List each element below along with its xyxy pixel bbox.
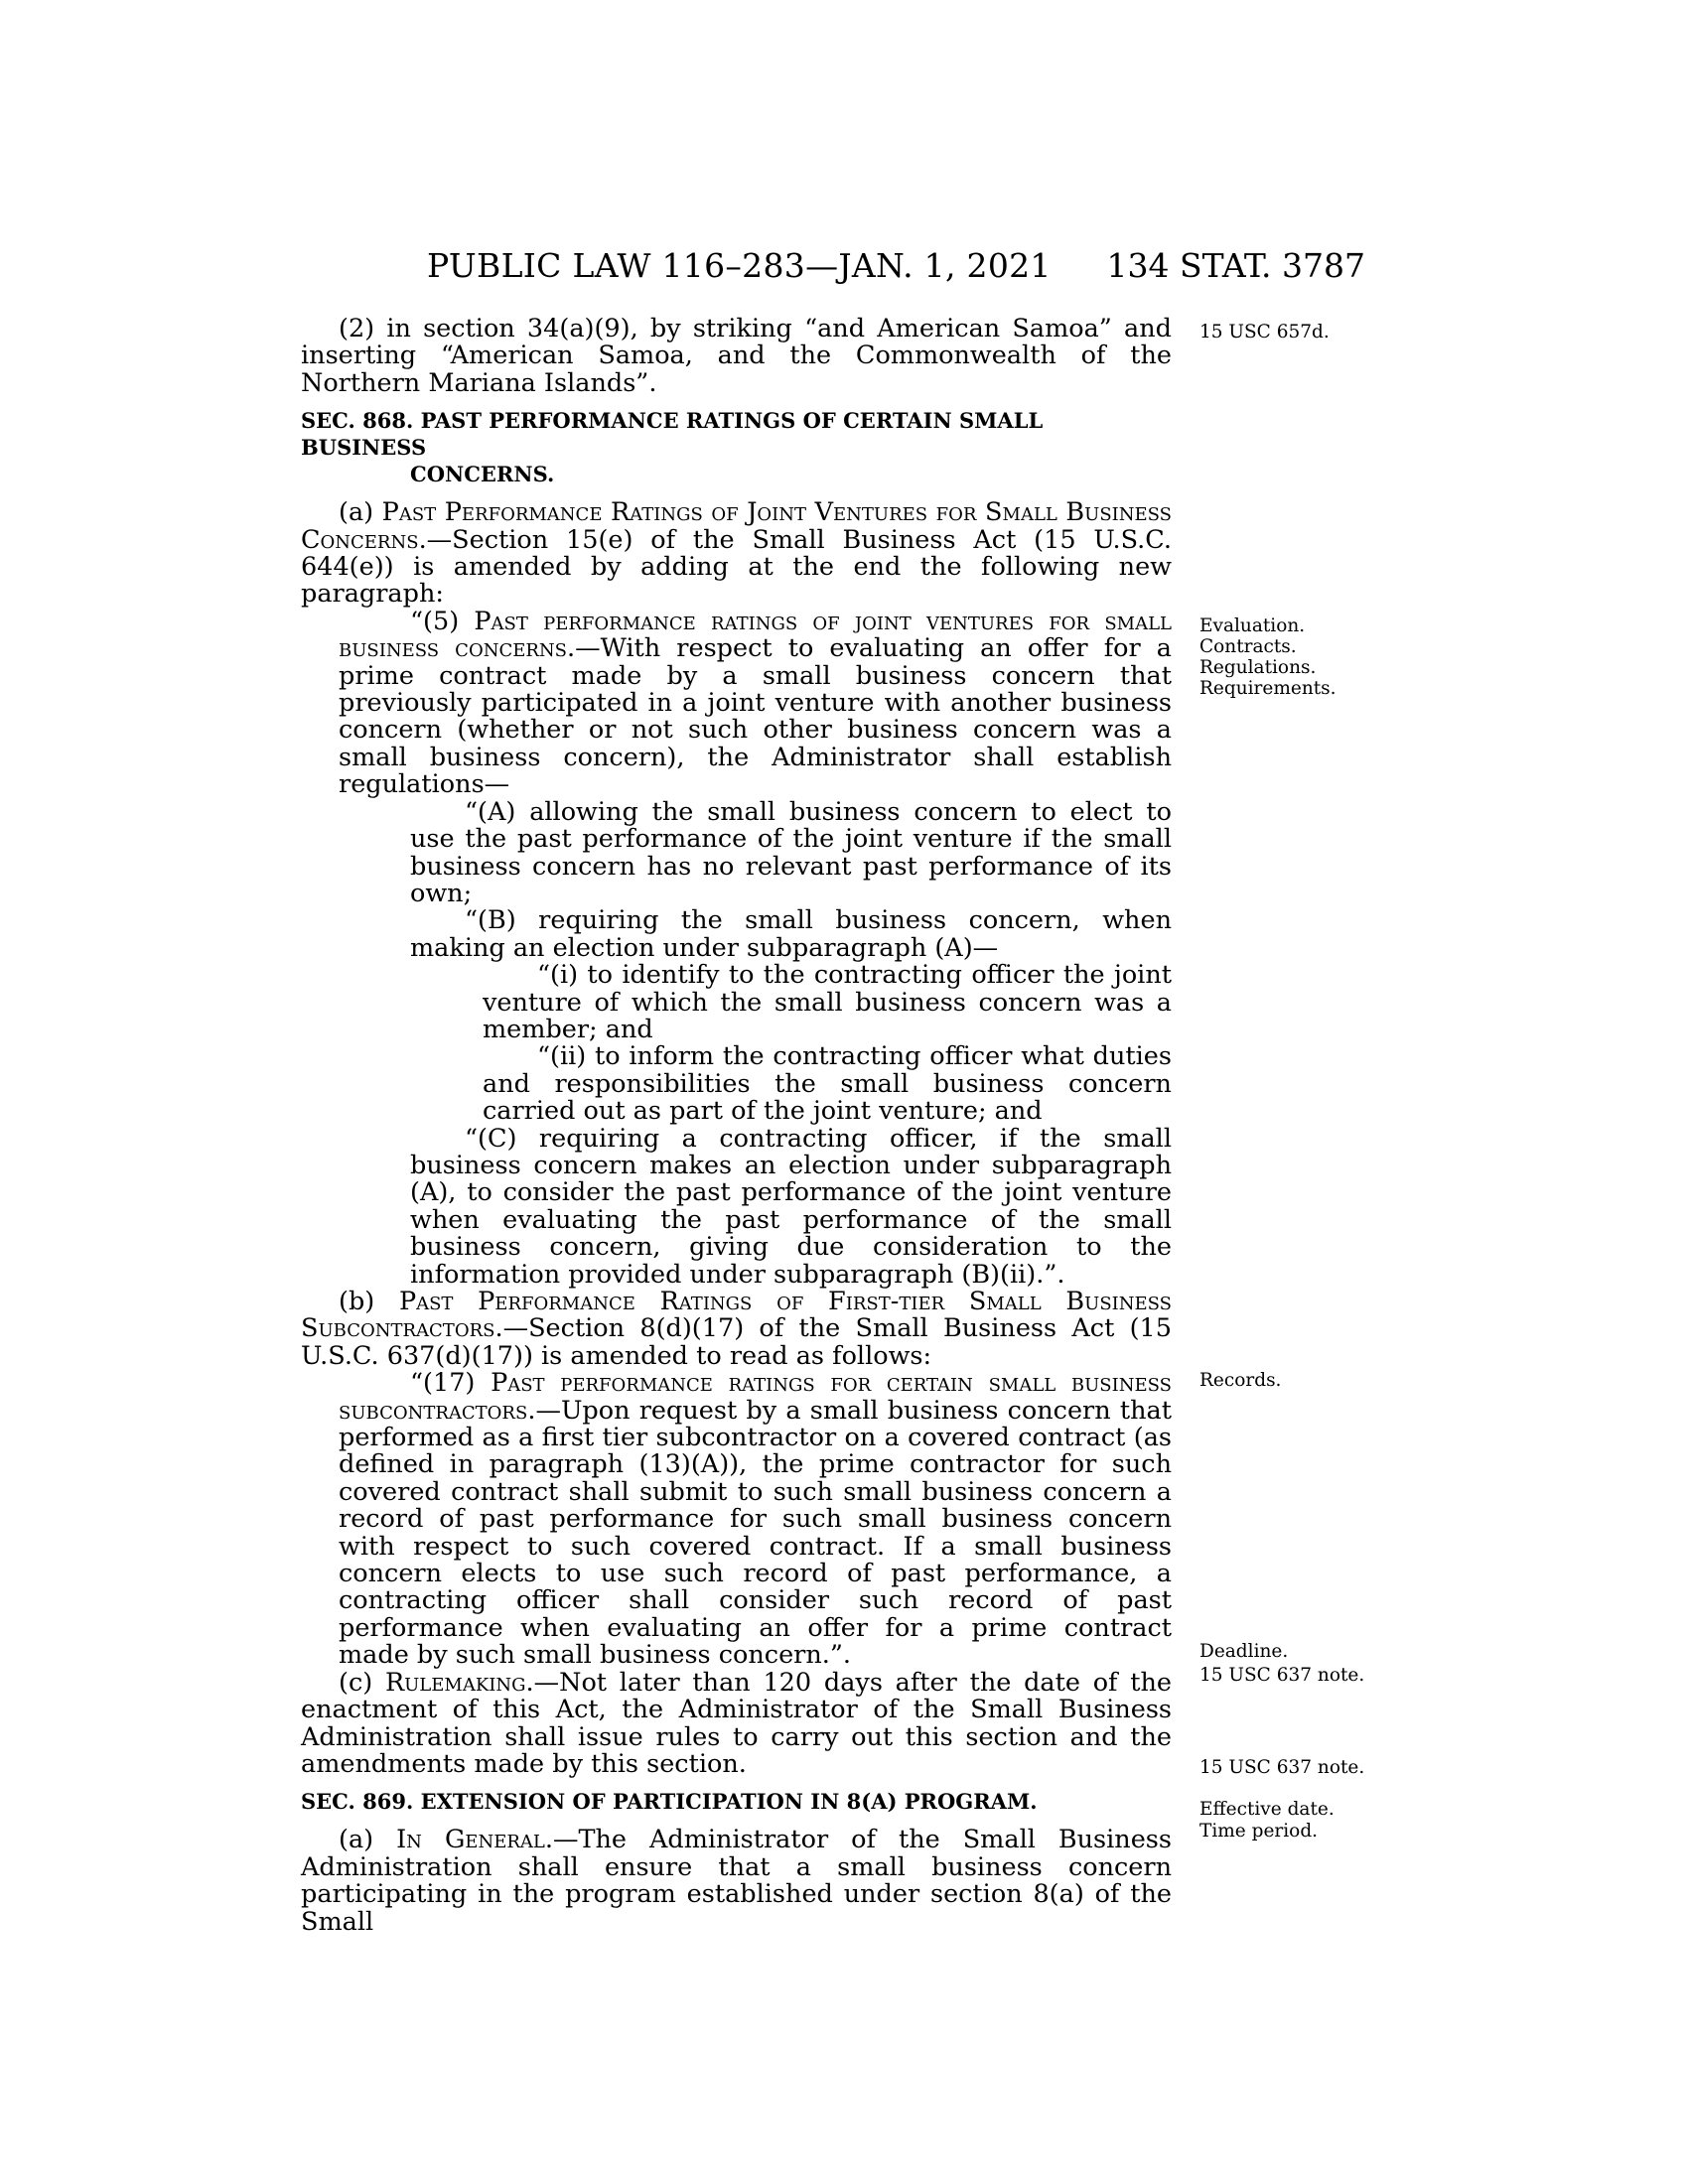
clause-i: “(i) to identify to the contracting offi… <box>301 962 1172 1043</box>
margin-note-usc: 15 USC 637 note. <box>1199 1665 1364 1686</box>
document-page: PUBLIC LAW 116–283—JAN. 1, 2021 134 STAT… <box>0 0 1688 2184</box>
margin-note-requirements: Requirements. <box>1199 678 1336 699</box>
body-text: (2) in section 34(a)(9), by striking “an… <box>301 316 1172 1936</box>
subparagraph-A: “(A) allowing the small business concern… <box>301 799 1172 908</box>
margin-note-time-period: Time period. <box>1199 1821 1318 1842</box>
public-law-title: PUBLIC LAW 116–283—JAN. 1, 2021 <box>427 246 1052 285</box>
new-paragraph-17: “(17) Past performance ratings for certa… <box>301 1370 1172 1669</box>
margin-note-usc: 15 USC 657d. <box>1199 322 1330 342</box>
section-868-heading: SEC. 868. PAST PERFORMANCE RATINGS OF CE… <box>301 407 1172 487</box>
margin-note-regulations: Regulations. <box>1199 657 1316 678</box>
new-paragraph-5: “(5) Past performance ratings of joint v… <box>301 609 1172 799</box>
margin-note-usc: 15 USC 637 note. <box>1199 1757 1364 1778</box>
section-869-heading: SEC. 869. EXTENSION OF PARTICIPATION IN … <box>301 1788 1172 1815</box>
statute-page-number: 134 STAT. 3787 <box>1107 246 1365 285</box>
subsection-868-b: (b) Past Performance Ratings of First-ti… <box>301 1289 1172 1370</box>
subsection-868-a: (a) Past Performance Ratings of Joint Ve… <box>301 499 1172 609</box>
subsection-869-a: (a) In General.—The Administrator of the… <box>301 1827 1172 1936</box>
running-head: PUBLIC LAW 116–283—JAN. 1, 2021 134 STAT… <box>0 246 1688 286</box>
subparagraph-B: “(B) requiring the small business concer… <box>301 907 1172 962</box>
subparagraph-C: “(C) requiring a contracting officer, if… <box>301 1126 1172 1289</box>
margin-note-evaluation: Evaluation. <box>1199 615 1305 636</box>
subsection-caption: In General. <box>396 1825 553 1854</box>
subsection-868-c: (c) Rulemaking.—Not later than 120 days … <box>301 1670 1172 1779</box>
margin-note-deadline: Deadline. <box>1199 1641 1288 1662</box>
margin-note-effective-date: Effective date. <box>1199 1799 1335 1820</box>
margin-note-records: Records. <box>1199 1370 1281 1391</box>
paragraph-item-2: (2) in section 34(a)(9), by striking “an… <box>301 316 1172 397</box>
subsection-caption: Rulemaking. <box>385 1668 534 1698</box>
margin-note-contracts: Contracts. <box>1199 636 1297 657</box>
clause-ii: “(ii) to inform the contracting officer … <box>301 1043 1172 1125</box>
